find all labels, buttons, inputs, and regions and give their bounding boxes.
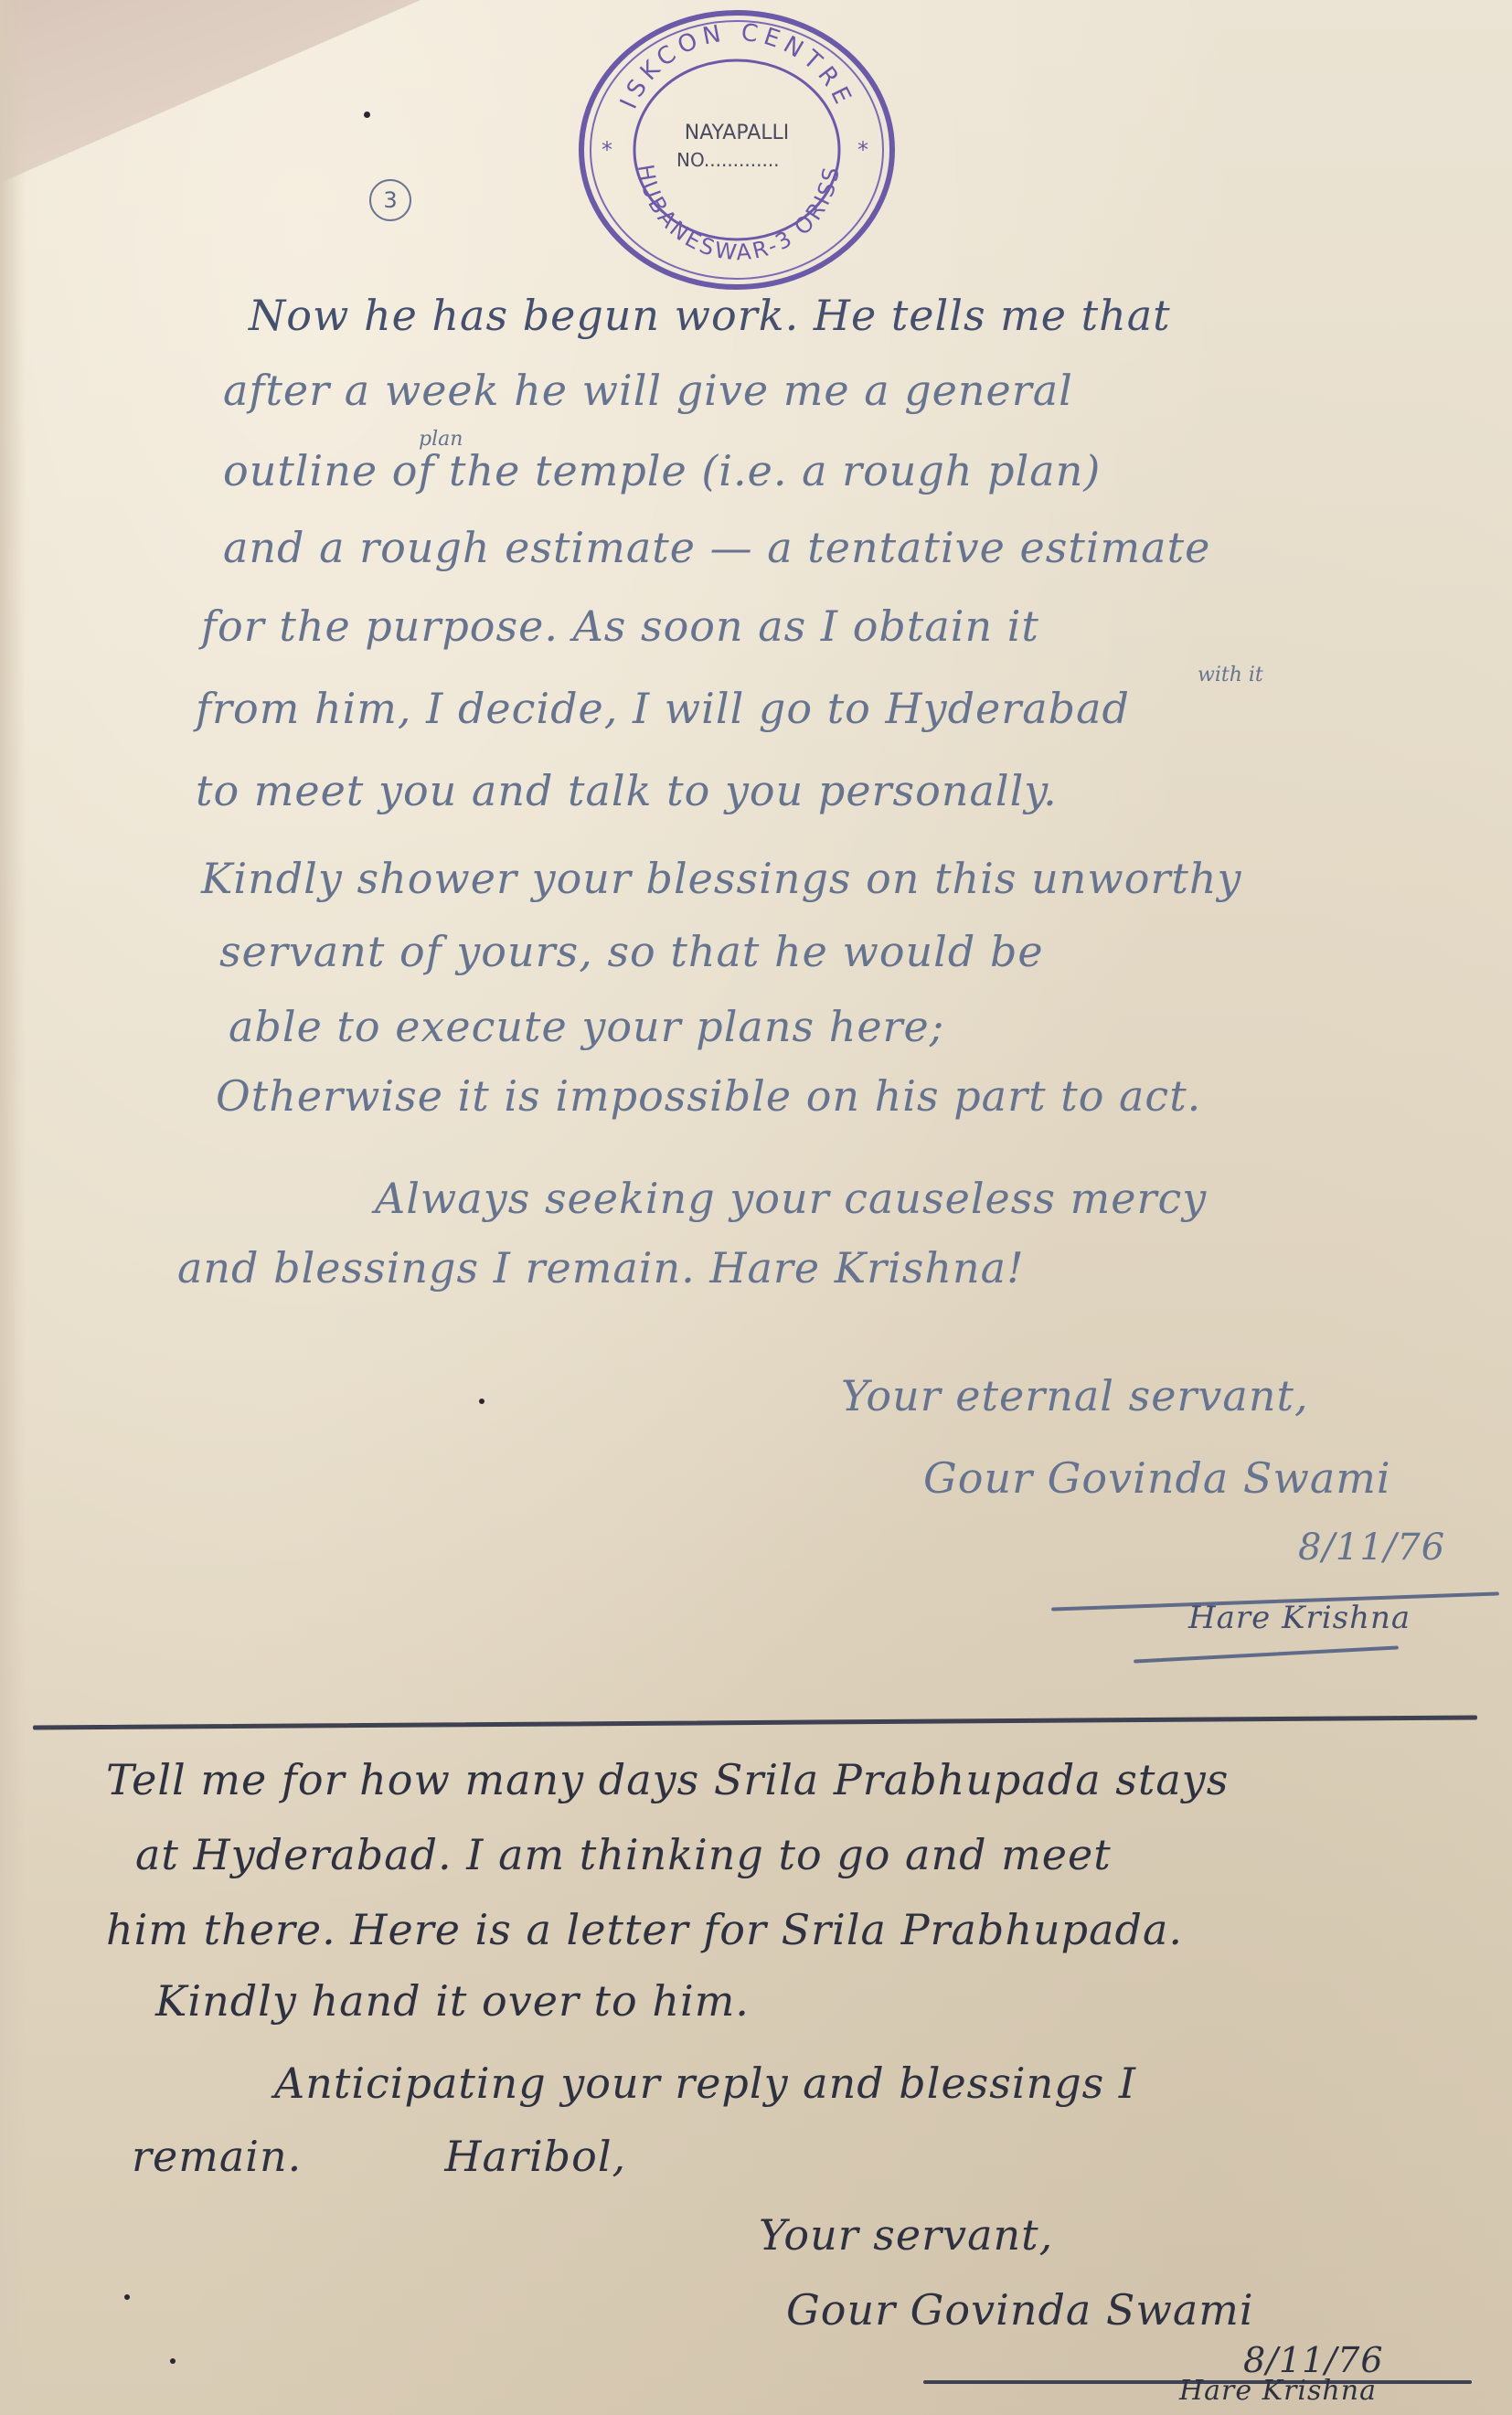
signature: Gour Govinda Swami — [786, 2285, 1254, 2335]
letter-line: servant of yours, so that he would be — [219, 927, 1044, 976]
ink-dot — [479, 1399, 484, 1404]
postscript: Hare Krishna — [1188, 1600, 1411, 1636]
letter-line: outline of the temple (i.e. a rough plan… — [223, 446, 1101, 495]
insertion-with-it: with it — [1198, 664, 1263, 686]
letter-line: and a rough estimate — a tentative estim… — [223, 523, 1210, 572]
svg-text:*: * — [602, 137, 612, 163]
svg-text:NAYAPALLI: NAYAPALLI — [685, 122, 790, 144]
letter-line: remain. Haribol, — [132, 2132, 626, 2181]
letter-line: after a week he will give me a general — [223, 366, 1073, 415]
letter-line: Always seeking your causeless mercy — [375, 1174, 1207, 1223]
ink-dot — [124, 2294, 130, 2300]
letter-line: Kindly shower your blessings on this unw… — [201, 854, 1242, 903]
stamp-seal-icon: ISKCON CENTRE BHUBANESWAR-3 ORISSA NAYAP… — [574, 4, 900, 293]
letter-line: Otherwise it is impossible on his part t… — [216, 1071, 1201, 1121]
letter-line: Kindly hand it over to him. — [155, 1976, 750, 2026]
letter-line: Anticipating your reply and blessings I — [274, 2059, 1136, 2108]
svg-text:NO.............: NO............. — [676, 149, 780, 171]
closing-salutation: Your servant, — [759, 2210, 1053, 2260]
page-number-circle: 3 — [369, 179, 411, 221]
letter-line: Tell me for how many days Srila Prabhupa… — [106, 1755, 1229, 1804]
section-divider — [33, 1715, 1477, 1729]
iskcon-centre-stamp: ISKCON CENTRE BHUBANESWAR-3 ORISSA NAYAP… — [574, 4, 900, 293]
underline-rule — [1134, 1645, 1399, 1663]
letter-line: to meet you and talk to you personally. — [196, 766, 1058, 815]
letter-line: and blessings I remain. Hare Krishna! — [177, 1243, 1025, 1293]
letter-line: able to execute your plans here; — [229, 1002, 944, 1051]
letter-line: from him, I decide, I will go to Hyderab… — [196, 684, 1130, 733]
letter-line: for the purpose. As soon as I obtain it — [201, 601, 1039, 651]
ink-dot — [170, 2358, 176, 2364]
signature-date: 8/11/76 — [1298, 1527, 1445, 1569]
svg-text:*: * — [857, 137, 868, 163]
ink-dot — [364, 112, 370, 118]
letter-line: Now he has begun work. He tells me that — [249, 291, 1171, 340]
signature: Gour Govinda Swami — [923, 1453, 1391, 1503]
postscript: Hare Krishna — [1179, 2375, 1377, 2407]
letter-line: him there. Here is a letter for Srila Pr… — [106, 1905, 1183, 1954]
letter-line: at Hyderabad. I am thinking to go and me… — [135, 1830, 1112, 1879]
closing-salutation: Your eternal servant, — [841, 1371, 1309, 1420]
paper-edge-shadow — [0, 0, 26, 2415]
letter-page: ISKCON CENTRE BHUBANESWAR-3 ORISSA NAYAP… — [0, 0, 1512, 2415]
paper-corner-fold — [0, 0, 421, 183]
